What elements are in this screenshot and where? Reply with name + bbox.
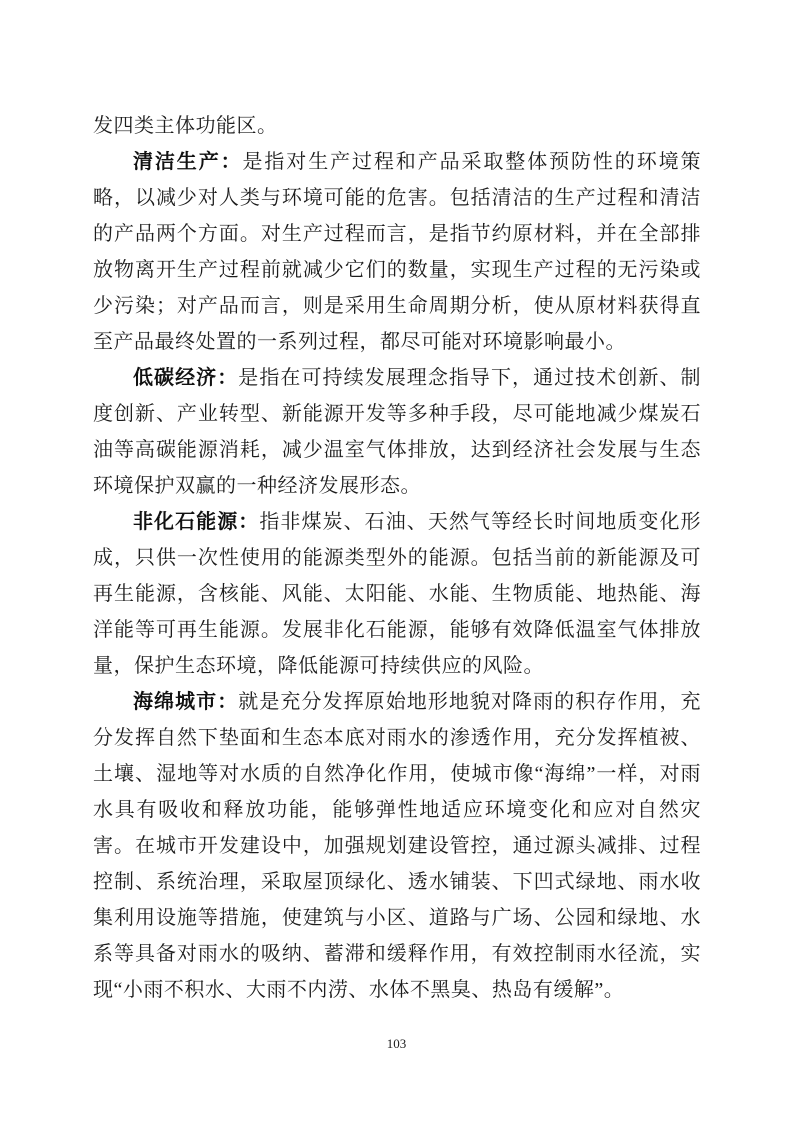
paragraph-clean-production: 清洁生产：是指对生产过程和产品采取整体预防性的环境策略，以减少对人类与环境可能的… bbox=[93, 144, 701, 360]
paragraph-text: 就是充分发挥原始地形地貌对降雨的积存作用，充分发挥自然下垫面和生态本底对雨水的渗… bbox=[93, 691, 701, 1001]
paragraph-non-fossil-energy: 非化石能源：指非煤炭、石油、天然气等经长时间地质变化形成，只供一次性使用的能源类… bbox=[93, 504, 701, 684]
term-label: 清洁生产： bbox=[133, 151, 243, 173]
term-label: 低碳经济： bbox=[133, 367, 238, 389]
paragraph-text: 发四类主体功能区。 bbox=[93, 115, 278, 137]
paragraph-text: 指非煤炭、石油、天然气等经长时间地质变化形成，只供一次性使用的能源类型外的能源。… bbox=[93, 511, 701, 677]
paragraph-text: 是指对生产过程和产品采取整体预防性的环境策略，以减少对人类与环境可能的危害。包括… bbox=[93, 151, 701, 353]
paragraph-low-carbon-economy: 低碳经济：是指在可持续发展理念指导下，通过技术创新、制度创新、产业转型、新能源开… bbox=[93, 360, 701, 504]
term-label: 非化石能源： bbox=[133, 511, 259, 533]
term-label: 海绵城市： bbox=[133, 691, 238, 713]
page-number: 103 bbox=[0, 1036, 793, 1052]
document-page: 发四类主体功能区。 清洁生产：是指对生产过程和产品采取整体预防性的环境策略，以减… bbox=[0, 0, 793, 1122]
document-body: 发四类主体功能区。 清洁生产：是指对生产过程和产品采取整体预防性的环境策略，以减… bbox=[93, 108, 701, 1008]
paragraph-continuation: 发四类主体功能区。 bbox=[93, 108, 701, 144]
paragraph-sponge-city: 海绵城市：就是充分发挥原始地形地貌对降雨的积存作用，充分发挥自然下垫面和生态本底… bbox=[93, 684, 701, 1008]
